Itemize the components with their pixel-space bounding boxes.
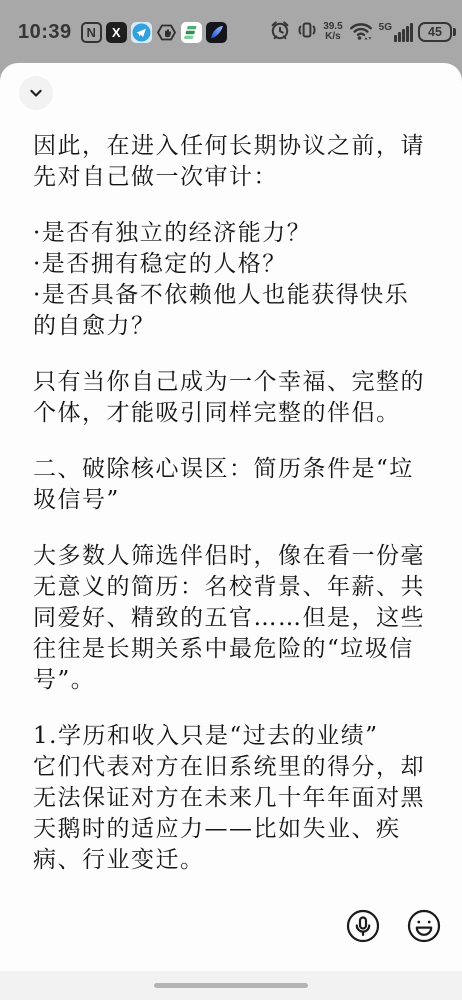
nfc-glyph: N — [86, 25, 95, 40]
bottom-toolbar — [346, 909, 441, 943]
microphone-icon — [346, 909, 380, 943]
network-speed-unit: K/s — [325, 32, 341, 42]
battery-nub — [453, 28, 456, 36]
gesture-bar — [0, 971, 462, 1000]
green-stack-app-icon — [181, 22, 202, 43]
alarm-icon — [269, 19, 291, 46]
blue-sail-app-icon — [206, 22, 227, 43]
home-indicator[interactable] — [154, 983, 308, 988]
x-app-icon: X — [106, 22, 127, 43]
paragraph-past-results: 1.学历和收入只是“过去的业绩” 它们代表对方在旧系统里的得分，却无法保证对方在… — [33, 721, 432, 876]
wifi-icon — [348, 19, 374, 46]
vibrate-icon — [296, 19, 318, 46]
smiley-icon — [407, 909, 441, 943]
content-sheet: 因此，在进入任何长期协议之前，请先对自己做一次审计： ·是否有独立的经济能力？ … — [0, 63, 462, 971]
x-glyph: X — [112, 25, 121, 40]
paragraph-resume-signal: 大多数人筛选伴侣时，像在看一份毫无意义的简历：名校背景、年薪、共同爱好、精致的五… — [33, 541, 432, 696]
network-type-label: 5G — [379, 23, 392, 33]
chevron-down-icon — [26, 83, 46, 103]
nfc-icon: N — [81, 22, 102, 43]
signal-bars: 5G — [379, 23, 413, 42]
clock: 10:39 — [18, 21, 72, 44]
hand-hexagon-icon — [156, 22, 177, 43]
paragraph-section-title: 二、破除核心误区：简历条件是“垃圾信号” — [33, 454, 432, 516]
paragraph-audit-intro: 因此，在进入任何长期协议之前，请先对自己做一次审计： — [33, 131, 432, 193]
paragraph-audit-list: ·是否有独立的经济能力？ ·是否拥有稳定的人格？ ·是否具备不依赖他人也能获得快… — [33, 218, 432, 342]
network-speed: 39.5 K/s — [323, 22, 342, 42]
status-bar-left: 10:39 N X — [18, 21, 227, 44]
telegram-app-icon — [131, 22, 152, 43]
battery-icon: 45 — [418, 22, 456, 42]
paragraph-conclusion: 只有当你自己成为一个幸福、完整的个体，才能吸引同样完整的伴侣。 — [33, 367, 432, 429]
message-text: 因此，在进入任何长期协议之前，请先对自己做一次审计： ·是否有独立的经济能力？ … — [33, 131, 432, 901]
emoji-button[interactable] — [407, 909, 441, 943]
battery-percent: 45 — [418, 22, 452, 42]
status-bar-right: 39.5 K/s 5G — [269, 19, 456, 46]
voice-input-button[interactable] — [346, 909, 380, 943]
collapse-button[interactable] — [19, 76, 53, 110]
phone-screen: 10:39 N X — [0, 0, 462, 1000]
status-bar: 10:39 N X — [0, 0, 462, 60]
